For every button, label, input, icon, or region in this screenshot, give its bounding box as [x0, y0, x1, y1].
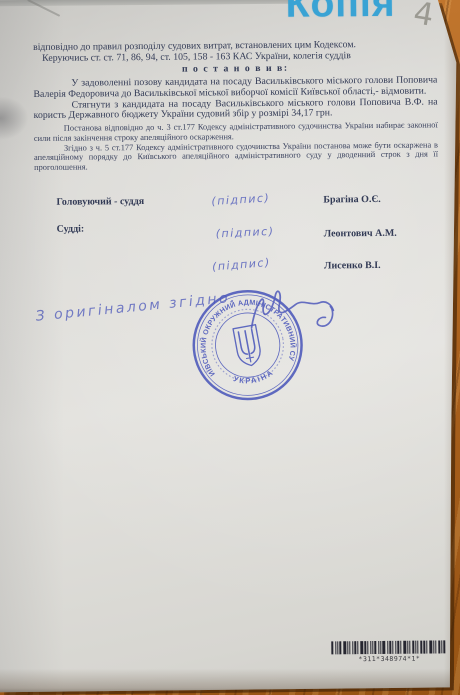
barcode-bars — [329, 640, 449, 654]
document-body-text: відповідно до правил розподілу судових в… — [33, 39, 438, 172]
barcode-label: *311*348974*1* — [329, 654, 449, 663]
stamp-country-text: УКРАЇНА — [231, 367, 277, 389]
fine-print-2: Згідно з ч. 5 ст.177 Кодексу адміністрат… — [34, 140, 438, 173]
handwritten-signature-note-2: (підпис) — [215, 225, 274, 241]
paper-smudge — [0, 96, 29, 140]
barcode: *311*348974*1* — [329, 640, 449, 663]
document-page: Копія 4 відповідно до правил розподілу с… — [0, 0, 460, 695]
ink-signature — [246, 283, 342, 338]
judge-name-bragina: Брагіна О.Є. — [323, 194, 380, 205]
copy-stamp: Копія — [286, 0, 396, 27]
page-content: Копія 4 відповідно до правил розподілу с… — [0, 0, 460, 695]
underlying-sheet-edge — [0, 0, 294, 6]
judge-name-lysenko: Лисенко В.І. — [324, 260, 381, 271]
presiding-judge-label: Головуючий - суддя — [56, 196, 144, 208]
photo-of-court-document: Копія 4 відповідно до правил розподілу с… — [0, 0, 460, 695]
judges-label: Судді: — [57, 224, 85, 235]
judge-name-leontovych: Леонтович А.М. — [324, 228, 397, 240]
handwritten-signature-note-1: (підпис) — [211, 191, 271, 208]
handwritten-page-number: 4 — [411, 0, 436, 34]
handwritten-signature-note-3: (підпис) — [212, 256, 272, 274]
resolution-paragraph-2: Стягнути з кандидата на посаду Васильків… — [34, 97, 438, 122]
